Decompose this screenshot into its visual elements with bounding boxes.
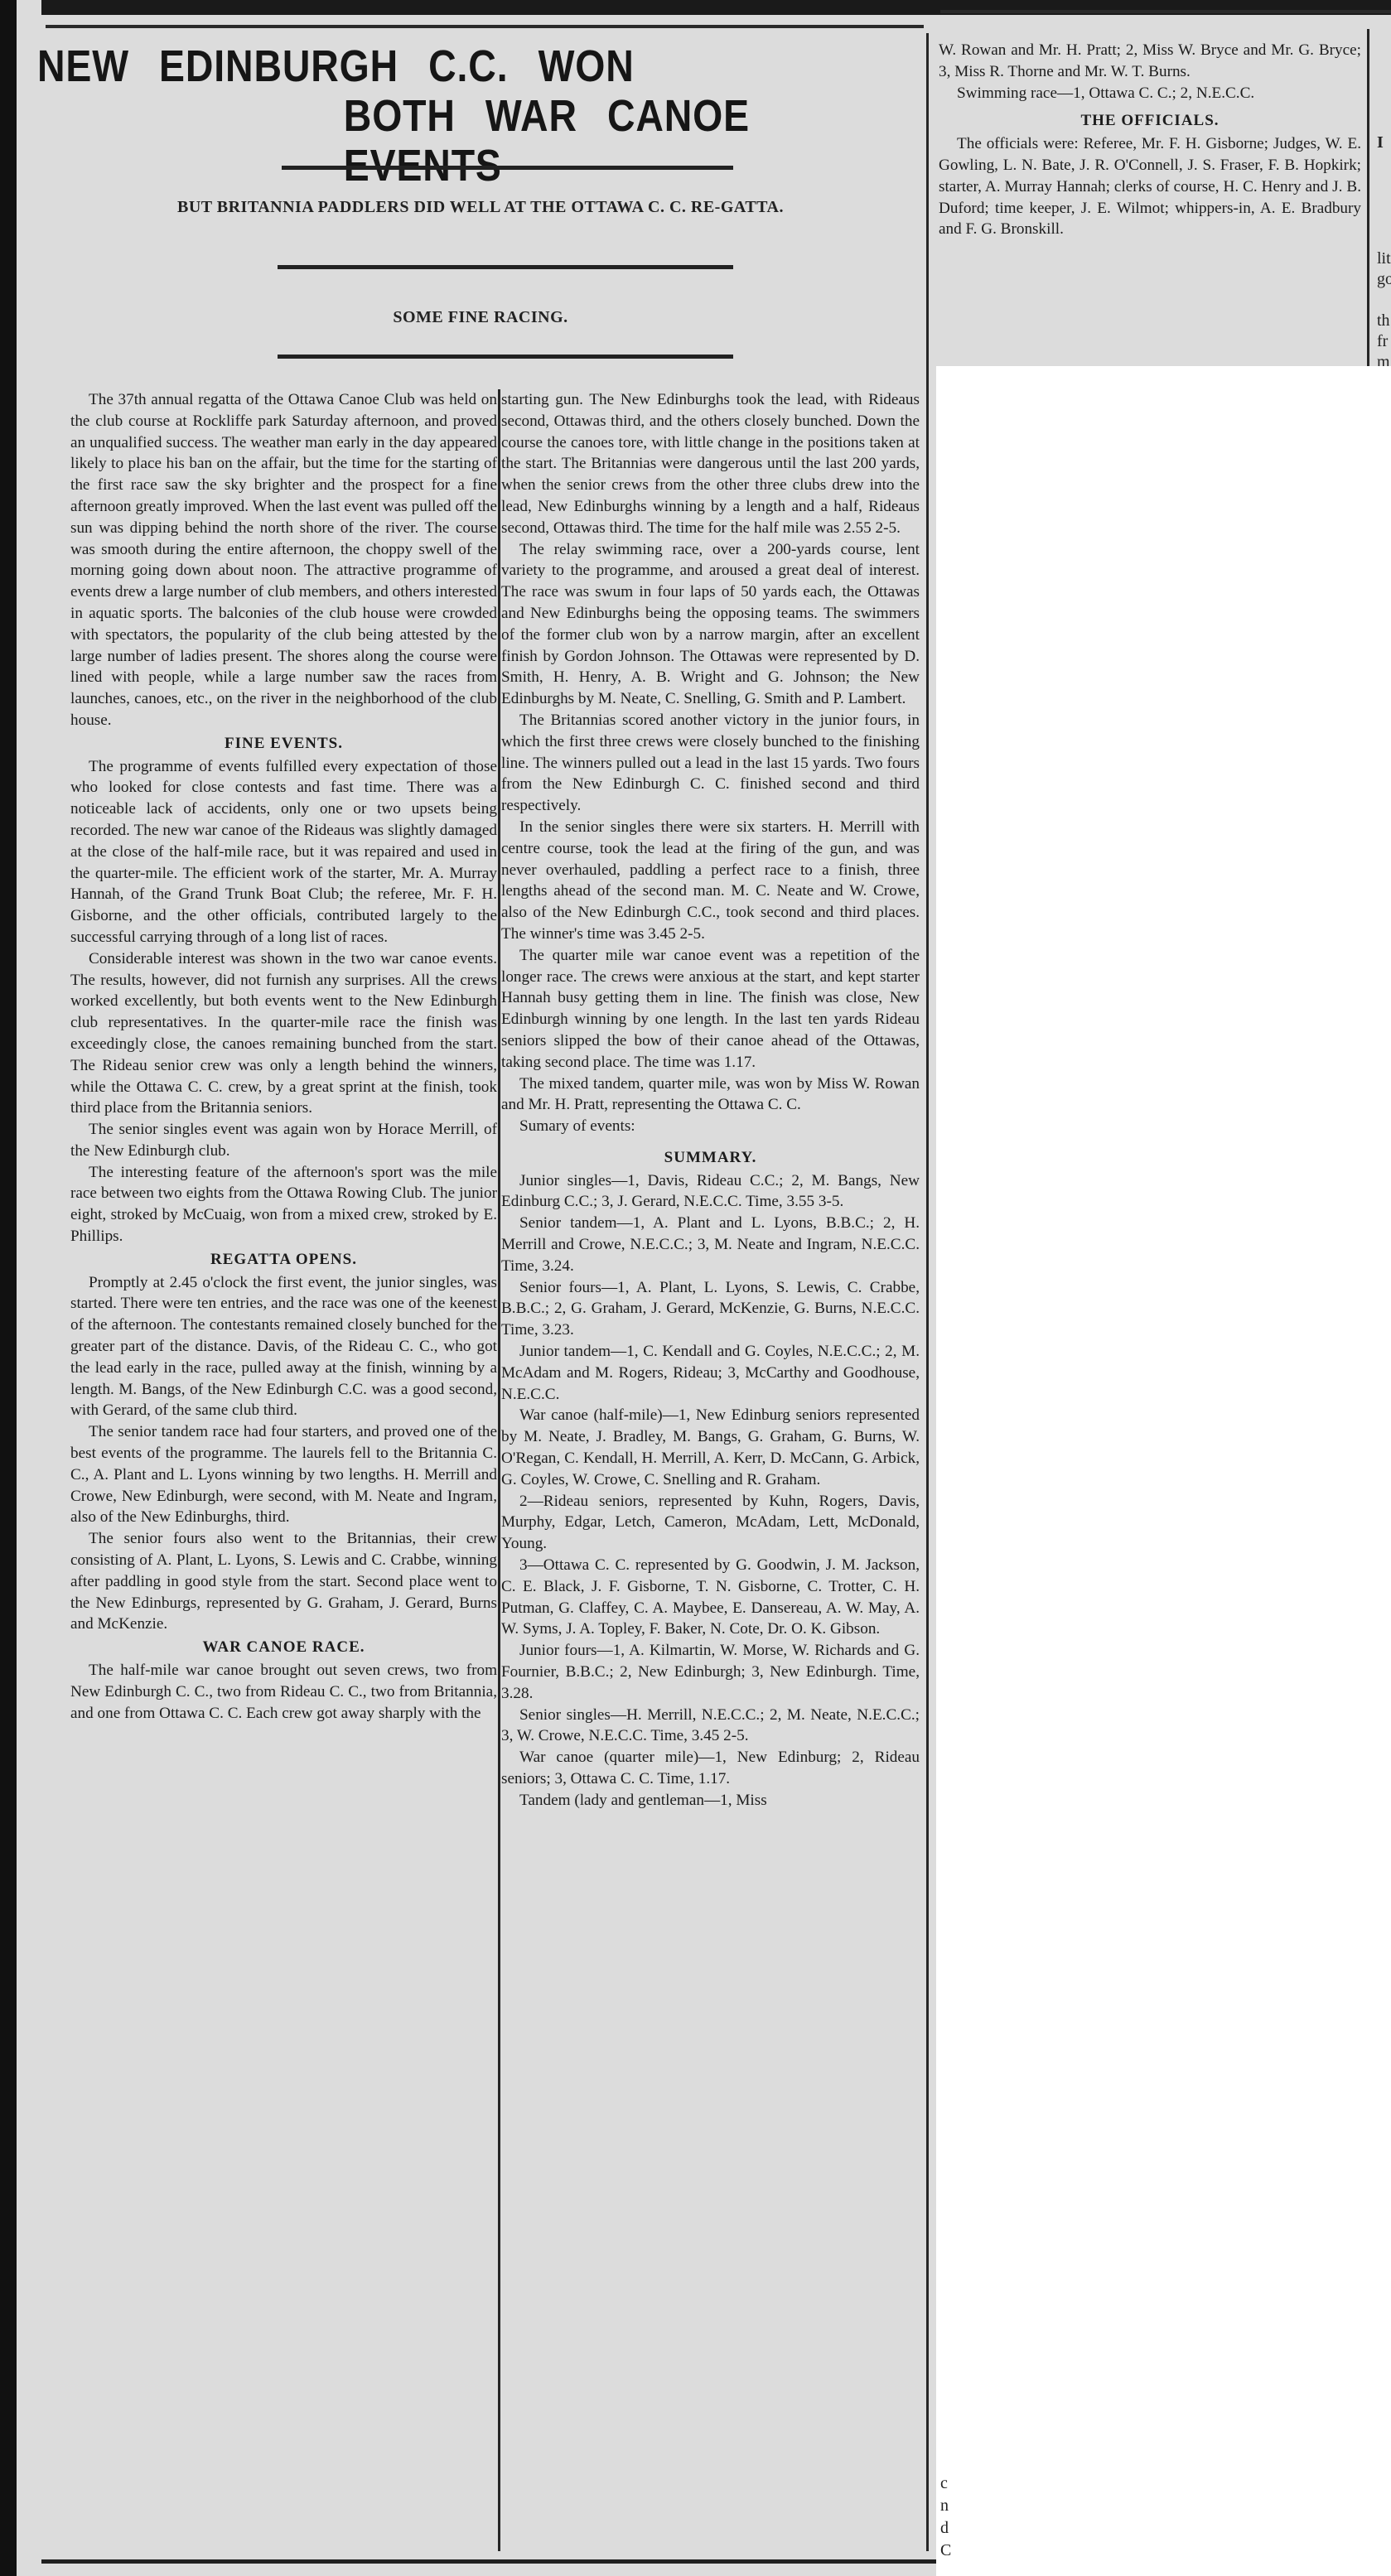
- article-column-3: W. Rowan and Mr. H. Pratt; 2, Miss W. Br…: [939, 40, 1361, 240]
- summary-item: 2—Rideau seniors, represented by Kuhn, R…: [501, 1491, 920, 1555]
- paragraph: Sumary of events:: [501, 1116, 920, 1137]
- summary-item: 3—Ottawa C. C. represented by G. Goodwin…: [501, 1555, 920, 1640]
- subheadline-divider-rule: [278, 265, 733, 269]
- blank-region: [936, 366, 1391, 2576]
- paragraph: The senior tandem race had four starters…: [70, 1421, 497, 1528]
- fragment-text: I: [1377, 133, 1391, 153]
- paragraph: Swimming race—1, Ottawa C. C.; 2, N.E.C.…: [939, 83, 1361, 104]
- paragraph: The 37th annual regatta of the Ottawa Ca…: [70, 389, 497, 731]
- paragraph: The mixed tandem, quarter mile, was won …: [501, 1073, 920, 1117]
- section-heading-fine-events: FINE EVENTS.: [70, 733, 497, 755]
- paragraph: The programme of events fulfilled every …: [70, 756, 497, 948]
- paragraph: The relay swimming race, over a 200-yard…: [501, 539, 920, 710]
- column-divider-3: [1367, 29, 1369, 366]
- top-thin-rule: [46, 25, 924, 28]
- fragment-text: c: [940, 2472, 957, 2495]
- adjacent-column-fragment: c n d C: [940, 2472, 957, 2562]
- article-subheadline: BUT BRITANNIA PADDLERS DID WELL AT THE O…: [37, 195, 924, 219]
- paragraph: W. Rowan and Mr. H. Pratt; 2, Miss W. Br…: [939, 40, 1361, 83]
- headline-line-2: BOTH WAR CANOE EVENTS: [37, 91, 799, 191]
- fragment-text: go: [1377, 269, 1391, 290]
- section-heading-regatta-opens: REGATTA OPENS.: [70, 1249, 497, 1271]
- summary-item: Senior fours—1, A. Plant, L. Lyons, S. L…: [501, 1277, 920, 1341]
- headline-line-1: NEW EDINBURGH C.C. WON: [37, 41, 799, 91]
- article-deck: SOME FINE RACING.: [37, 308, 924, 327]
- paragraph: The quarter mile war canoe event was a r…: [501, 945, 920, 1073]
- paragraph: The senior fours also went to the Britan…: [70, 1528, 497, 1635]
- column-divider-2: [926, 33, 929, 2551]
- fragment-text: lit: [1377, 248, 1391, 269]
- column-divider-1: [498, 389, 500, 2551]
- section-heading-officials: THE OFFICIALS.: [939, 110, 1361, 132]
- section-heading-summary: SUMMARY.: [501, 1147, 920, 1169]
- summary-item: War canoe (half-mile)—1, New Edinburg se…: [501, 1405, 920, 1490]
- paragraph: The half-mile war canoe brought out seve…: [70, 1660, 497, 1724]
- paragraph: The Britannias scored another victory in…: [501, 710, 920, 817]
- fragment-text: th: [1377, 311, 1391, 331]
- paragraph: Considerable interest was shown in the t…: [70, 948, 497, 1119]
- summary-item: Tandem (lady and gentleman—1, Miss: [501, 1790, 920, 1811]
- paragraph: In the senior singles there were six sta…: [501, 817, 920, 945]
- fragment-text: C: [940, 2540, 957, 2562]
- paragraph: starting gun. The New Edinburghs took th…: [501, 389, 920, 539]
- paragraph: The senior singles event was again won b…: [70, 1119, 497, 1162]
- summary-item: Senior singles—H. Merrill, N.E.C.C.; 2, …: [501, 1705, 920, 1748]
- paragraph: The officials were: Referee, Mr. F. H. G…: [939, 133, 1361, 240]
- summary-item: Junior fours—1, A. Kilmartin, W. Morse, …: [501, 1640, 920, 1704]
- fragment-text: fr: [1377, 331, 1391, 352]
- scan-edge-shadow: [0, 0, 17, 2576]
- bottom-border-rule: [41, 2559, 936, 2564]
- summary-item: War canoe (quarter mile)—1, New Edinburg…: [501, 1747, 920, 1790]
- fragment-text: d: [940, 2517, 957, 2540]
- summary-item: Senior tandem—1, A. Plant and L. Lyons, …: [501, 1213, 920, 1276]
- deck-divider-rule: [278, 355, 733, 359]
- top-thin-rule-right: [940, 10, 1391, 13]
- paragraph: Promptly at 2.45 o'clock the first event…: [70, 1272, 497, 1422]
- summary-item: Junior singles—1, Davis, Rideau C.C.; 2,…: [501, 1170, 920, 1213]
- article-column-2: starting gun. The New Edinburghs took th…: [501, 389, 920, 1811]
- adjacent-column-fragment: lit go th fr m: [1377, 248, 1391, 373]
- section-heading-war-canoe-race: WAR CANOE RACE.: [70, 1637, 497, 1658]
- fragment-text: n: [940, 2495, 957, 2517]
- headline-divider-rule: [282, 166, 733, 170]
- article-column-1: The 37th annual regatta of the Ottawa Ca…: [70, 389, 497, 1724]
- summary-item: Junior tandem—1, C. Kendall and G. Coyle…: [501, 1341, 920, 1405]
- paragraph: The interesting feature of the afternoon…: [70, 1162, 497, 1247]
- adjacent-column-fragment: I: [1377, 133, 1391, 153]
